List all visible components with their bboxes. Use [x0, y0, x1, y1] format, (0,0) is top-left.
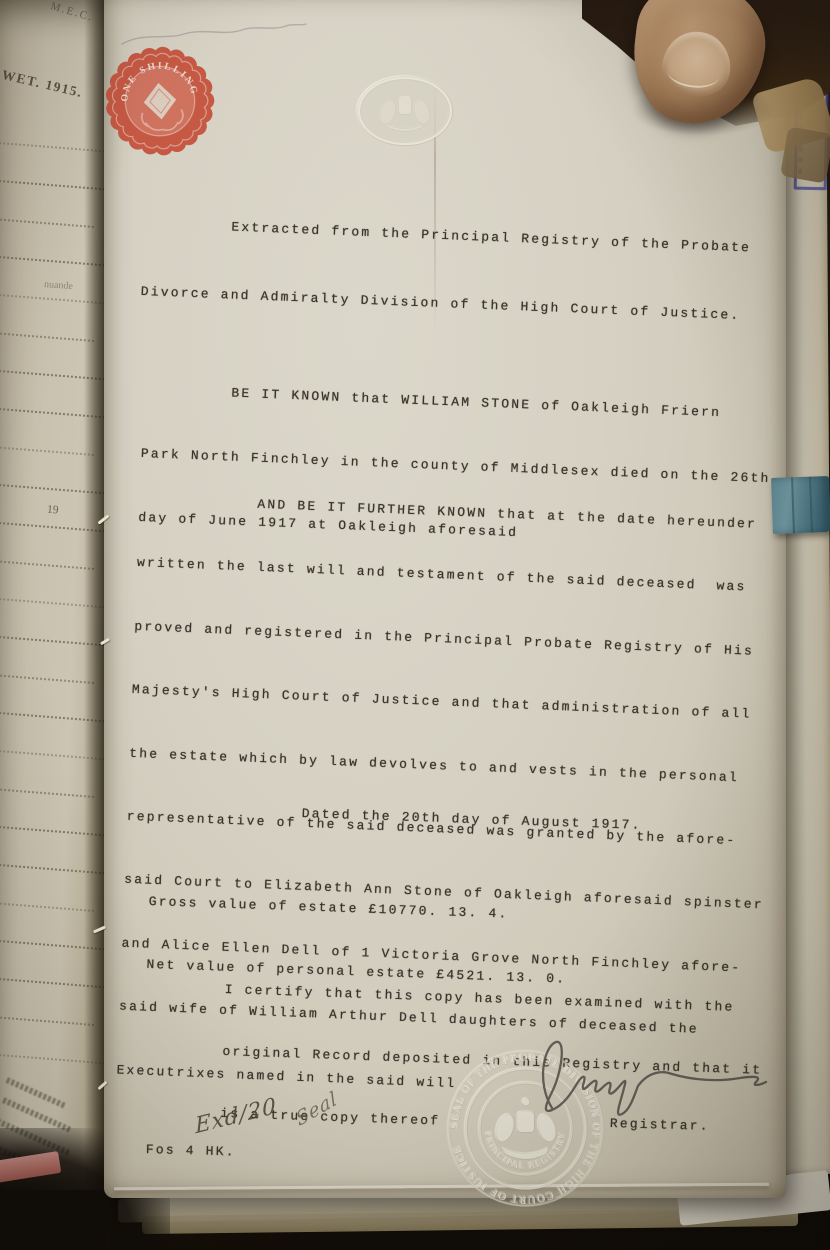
text-line: BE IT KNOWN that WILLIAM STONE of Oaklei…	[142, 382, 773, 441]
text-line: written the last will and testament of t…	[136, 555, 777, 614]
photograph: M.E.C. WET. 1915. nuande 19	[0, 0, 830, 1250]
dotted-line	[0, 1016, 94, 1026]
text-line: the estate which by law devolves to and …	[128, 745, 769, 804]
folio-note: Fos 4 HK.	[146, 1142, 236, 1160]
ledger-year-text: 19	[46, 504, 59, 517]
text-line: Majesty's High Court of Justice and that…	[131, 682, 772, 741]
fingernail	[659, 28, 734, 100]
ledger-faint-text: nuande	[44, 279, 74, 292]
registrar-title: Registrar.	[610, 1116, 710, 1134]
revenue-stamp: ONE SHILLING	[97, 37, 225, 165]
dotted-line	[0, 674, 94, 684]
text-line: Divorce and Admiralty Division of the Hi…	[140, 284, 749, 346]
ledger-header-text: WET. 1915.	[0, 67, 84, 101]
dotted-line	[0, 218, 94, 228]
gross-value-line: Gross value of estate £10770. 13. 4.	[148, 894, 569, 942]
probate-document-page: ONE SHILLING Extracted from the Principa…	[104, 0, 786, 1198]
text-line: AND BE IT FURTHER KNOWN that at the date…	[138, 492, 779, 551]
paper-fold	[114, 1183, 769, 1191]
registrar-signature	[522, 1030, 782, 1130]
dotted-line	[0, 560, 94, 570]
extract-heading: Extracted from the Principal Registry of…	[138, 186, 752, 376]
dotted-line	[0, 332, 94, 342]
signature-stroke	[543, 1042, 766, 1115]
embossed-seal-top	[352, 72, 458, 150]
cloth-tab	[771, 476, 830, 534]
text-line: proved and registered in the Principal P…	[133, 619, 774, 678]
dotted-line	[0, 788, 94, 798]
dotted-line	[0, 446, 94, 456]
dotted-line	[0, 902, 94, 912]
tape-fragment	[780, 126, 830, 183]
text-line: Extracted from the Principal Registry of…	[142, 216, 751, 278]
text-line: I certify that this copy has been examin…	[224, 982, 765, 1033]
